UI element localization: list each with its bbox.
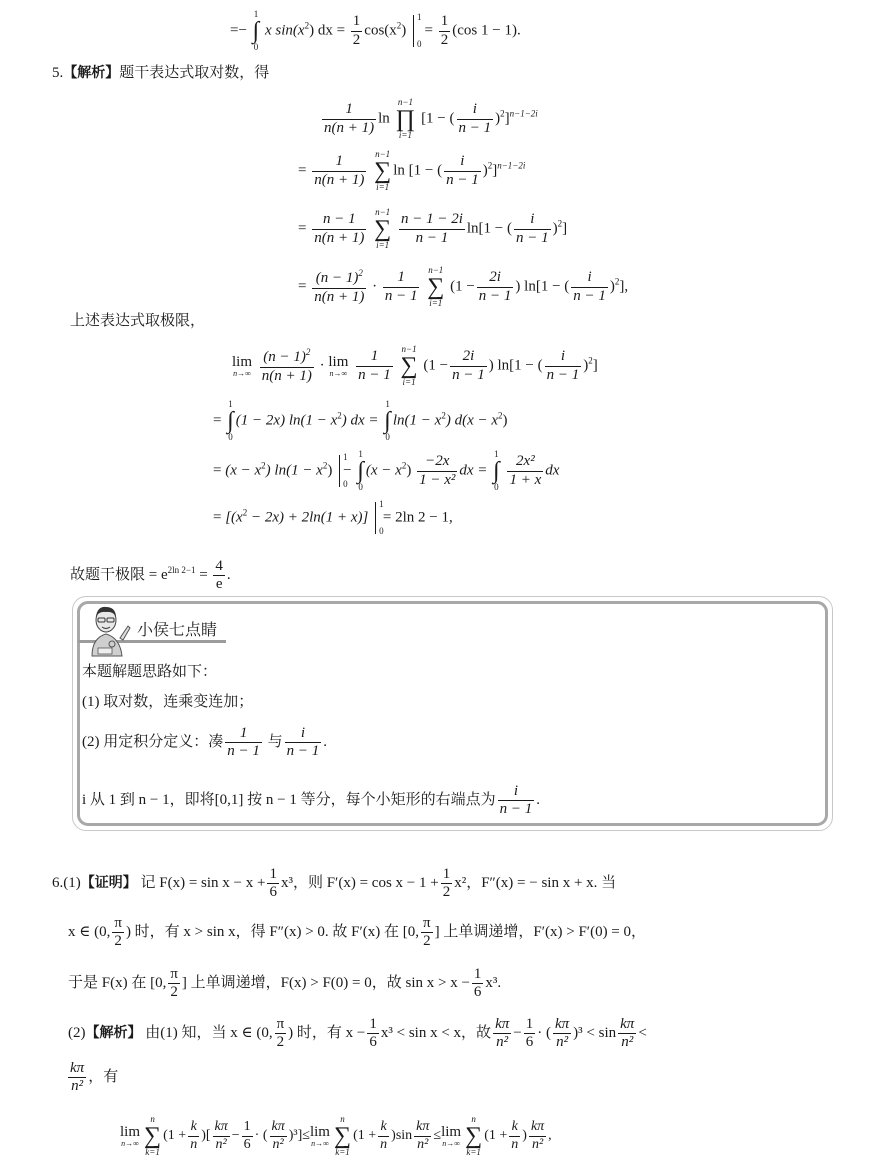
- limit-operator: limn→∞: [120, 1125, 140, 1148]
- integral-sign: 1∫0: [253, 10, 260, 52]
- text: 记 F(x) = sin x − x +: [141, 875, 266, 891]
- product-operator: n−1∏i=1: [396, 98, 416, 140]
- equals: =: [213, 412, 221, 428]
- fraction: in − 1: [285, 725, 322, 761]
- cos-part: cos(x: [364, 22, 397, 38]
- comma: ,: [548, 1128, 552, 1143]
- inverse-fraction: 1n − 1: [356, 348, 393, 384]
- text: ) 时，有 x −: [288, 1025, 365, 1041]
- power-exponent: n−1−2i: [510, 108, 538, 118]
- ln-bracket: ln[1 − (: [467, 220, 512, 236]
- integrand: (1 − 2x) ln(1 − x: [236, 412, 337, 428]
- ratio-fraction: in − 1: [545, 348, 582, 384]
- paren-open: (1 +: [484, 1128, 507, 1143]
- coefficient-fraction: n − 1n(n + 1): [312, 211, 366, 247]
- result-fraction: 4e: [213, 558, 225, 594]
- q6-part1-line-3: 于是 F(x) 在 [0,π2] 上单调递增，F(x) > F(0) = 0，故…: [68, 966, 501, 1002]
- limit-line-2: = 1∫0(1 − 2x) ln(1 − x2) dx = 1∫0ln(1 − …: [213, 400, 508, 442]
- limit-operator: limn→∞: [441, 1125, 461, 1148]
- text: 于是 F(x) 在 [0,: [68, 975, 166, 991]
- q6-part2-line-1: (2)【解析】 由(1) 知，当 x ∈ (0,π2) 时，有 x −16x³ …: [68, 1016, 647, 1052]
- bracket-open: [1 − (: [421, 110, 454, 126]
- text: 由(1) 知，当 x ∈ (0,: [145, 1025, 272, 1041]
- analysis-tag: 【解析】: [63, 65, 119, 81]
- ratio-fraction: in − 1: [457, 101, 494, 137]
- text: ] 上单调递增，F(x) > F(0) = 0，故 sin x > x −: [182, 975, 470, 991]
- conclusion-line: 故题干极限 = e2ln 2−1 = 4e.: [70, 558, 231, 594]
- equation-step-3: = n − 1n(n + 1) n−1∑i=1 n − 1 − 2in − 1l…: [298, 208, 567, 250]
- ratio-fraction: in − 1: [514, 211, 551, 247]
- limit-intro: 上述表达式取极限，: [70, 314, 205, 329]
- fraction: kn: [188, 1119, 199, 1152]
- inverse-fraction: 1n − 1: [383, 269, 420, 305]
- text: x³ < sin x < x，故: [381, 1025, 491, 1041]
- tip-intro: 本题解题思路如下：: [82, 665, 217, 680]
- integral-sign: 1∫0: [493, 450, 500, 492]
- result: = 2ln 2 − 1,: [383, 509, 453, 525]
- proof-tag: 【证明】: [81, 875, 137, 891]
- fraction: 16: [524, 1016, 536, 1052]
- dx-equals: dx =: [459, 462, 487, 478]
- fraction: kπn²: [213, 1119, 230, 1152]
- integrand-fraction: 2x²1 + x: [507, 453, 543, 489]
- equals: =: [199, 567, 207, 583]
- tip-intro-text: 本题解题思路如下：: [82, 664, 217, 680]
- paren-close: ): [327, 462, 332, 478]
- fraction: kπn²: [553, 1016, 571, 1052]
- fraction: kπn²: [270, 1119, 287, 1152]
- paren-close: ): [406, 462, 411, 478]
- paren-close: ): [503, 412, 508, 428]
- less-than: <: [638, 1025, 646, 1041]
- integral-sign: 1∫0: [357, 450, 364, 492]
- bracket-open: [1 − (: [409, 162, 442, 178]
- question-number: 5.: [52, 65, 63, 81]
- analysis-tag: 【解析】: [86, 1025, 142, 1041]
- limit-line-3: = (x − x2) ln(1 − x2) 10− 1∫0(x − x2) −2…: [213, 450, 559, 492]
- less-equal: ≤: [433, 1128, 441, 1143]
- fraction: in − 1: [498, 783, 535, 819]
- fraction: π2: [112, 915, 124, 951]
- bracket-close: )³]: [289, 1128, 303, 1143]
- ln-bracket: ) ln[1 − (: [489, 357, 543, 373]
- bracket-close: ]: [562, 220, 567, 236]
- minus: −: [513, 1025, 521, 1041]
- question-5-heading: 5.【解析】题干表达式取对数，得: [52, 66, 269, 81]
- equals-minus: =−: [230, 22, 247, 38]
- equation-step-1: 1n(n + 1)ln n−1∏i=1 [1 − (in − 1)2]n−1−2…: [320, 98, 538, 140]
- dx: dx: [545, 462, 559, 478]
- text: x²，F″(x) = − sin x + x. 当: [454, 875, 616, 891]
- limit-operator: limn→∞: [232, 355, 252, 378]
- paren-close: ): [522, 1128, 527, 1143]
- limit-operator: limn→∞: [328, 355, 348, 378]
- ratio-fraction: in − 1: [444, 153, 481, 189]
- integral-sign: 1∫0: [227, 400, 234, 442]
- ln-bracket: ) ln[1 − (: [515, 278, 569, 294]
- tip-item-3: i 从 1 到 n − 1，即将[0,1] 按 n − 1 等分，每个小矩形的右…: [82, 783, 540, 819]
- dot: ·: [372, 278, 377, 294]
- period: .: [536, 792, 540, 808]
- paren-open: (1 −: [450, 278, 475, 294]
- bracket-close: ]: [593, 357, 598, 373]
- q6-part1-line-1: 6.(1)【证明】 记 F(x) = sin x − x +16x³，则 F′(…: [52, 866, 616, 902]
- fraction: π2: [275, 1016, 287, 1052]
- equation-step-4: = (n − 1)2n(n + 1) · 1n − 1 n−1∑i=1 (1 −…: [298, 266, 628, 308]
- fraction: π2: [168, 966, 180, 1002]
- text: ] 上单调递增，F′(x) > F′(0) = 0，: [435, 924, 646, 940]
- term: (x − x: [366, 462, 402, 478]
- weight-fraction: 2in − 1: [450, 348, 487, 384]
- intro-text: 题干表达式取对数，得: [119, 65, 269, 81]
- integrand-tail: ) dx =: [342, 412, 379, 428]
- text: x³，则 F′(x) = cos x − 1 +: [281, 875, 439, 891]
- question-number: 6.: [52, 875, 63, 891]
- and: 与: [268, 734, 283, 750]
- paren-open: (1 −: [423, 357, 448, 373]
- fraction: π2: [421, 915, 433, 951]
- tip-item-2: (2) 用定积分定义：凑1n − 1 与in − 1.: [82, 725, 327, 761]
- fraction: kn: [509, 1119, 520, 1152]
- limit-fraction: (n − 1)2n(n + 1): [260, 347, 314, 385]
- bracket-close: ],: [619, 278, 628, 294]
- tip-item-2-text: (2) 用定积分定义：凑: [82, 734, 223, 750]
- fraction-half: 12: [351, 13, 363, 49]
- dot: ·: [320, 357, 325, 373]
- weight-fraction: n − 1 − 2in − 1: [399, 211, 465, 247]
- sum-operator: n−1∑i=1: [427, 266, 444, 308]
- ln: ln: [378, 110, 390, 126]
- period: .: [227, 567, 231, 583]
- paren-open: (1 +: [163, 1128, 186, 1143]
- limit-line-1: limn→∞ (n − 1)2n(n + 1) · limn→∞ 1n − 1 …: [232, 345, 598, 387]
- integrand-tail: ) dx =: [309, 22, 345, 38]
- power-exponent: n−1−2i: [497, 160, 525, 170]
- coefficient-fraction: (n − 1)2n(n + 1): [312, 268, 366, 306]
- fraction: 12: [441, 866, 453, 902]
- sum-operator: n−1∑i=1: [401, 345, 418, 387]
- limit-inequality-line: limn→∞n∑k=1(1 +kn)[kπn²−16· (kπn²)³]≤lim…: [120, 1115, 552, 1157]
- term: (x − x: [225, 462, 261, 478]
- integrand: ln(1 − x: [393, 412, 441, 428]
- part-label: (2): [68, 1025, 86, 1041]
- sum-operator: n∑k=1: [144, 1115, 161, 1157]
- period: .: [323, 734, 327, 750]
- dot: · (: [537, 1025, 551, 1041]
- fraction: kπn²: [414, 1119, 431, 1152]
- evaluation-bar: 10: [339, 455, 340, 487]
- minus: −: [343, 462, 351, 478]
- less-equal: ≤: [302, 1128, 310, 1143]
- bracket-open: [: [206, 1128, 211, 1143]
- sum-operator: n−1∑i=1: [374, 150, 391, 192]
- fraction: 16: [472, 966, 484, 1002]
- part-label: (1): [63, 875, 81, 891]
- equals: =: [298, 162, 306, 178]
- exponent: 2ln 2−1: [168, 565, 196, 575]
- tip-item-1: (1) 取对数，连乘变连加；: [82, 695, 253, 710]
- equals: =: [213, 509, 221, 525]
- term: ) ln(1 − x: [266, 462, 323, 478]
- equals: =: [213, 462, 221, 478]
- integrand: x sin(x: [265, 22, 305, 38]
- fraction-half: 12: [439, 13, 451, 49]
- tip-item-3-text: i 从 1 到 n − 1，即将[0,1] 按 n − 1 等分，每个小矩形的右…: [82, 792, 496, 808]
- text: ) 时，有 x > sin x，得 F″(x) > 0. 故 F′(x) 在 […: [126, 924, 419, 940]
- differential: ) d(x − x: [446, 412, 498, 428]
- tip-title: 小侯七点睛: [137, 617, 217, 640]
- limit-operator: limn→∞: [310, 1125, 330, 1148]
- fraction: kπn²: [618, 1016, 636, 1052]
- ln: ln: [393, 162, 405, 178]
- fraction: 16: [367, 1016, 379, 1052]
- antiderivative: [(x: [225, 509, 243, 525]
- tip-item-1-text: (1) 取对数，连乘变连加；: [82, 694, 253, 710]
- coefficient-fraction: 1n(n + 1): [312, 153, 366, 189]
- text: ，有: [88, 1069, 118, 1085]
- sin: sin: [396, 1128, 412, 1143]
- fraction: 1n − 1: [225, 725, 262, 761]
- text: x ∈ (0,: [68, 924, 110, 940]
- coefficient-fraction: 1n(n + 1): [322, 101, 376, 137]
- q6-part1-line-2: x ∈ (0,π2) 时，有 x > sin x，得 F″(x) > 0. 故 …: [68, 915, 646, 951]
- fraction: 16: [242, 1119, 253, 1152]
- antiderivative-tail: − 2x) + 2ln(1 + x)]: [247, 509, 368, 525]
- q6-part2-line-2: kπn²，有: [66, 1060, 118, 1096]
- text: )³ < sin: [573, 1025, 616, 1041]
- equation-step-2: = 1n(n + 1) n−1∑i=1ln [1 − (in − 1)2]n−1…: [298, 150, 525, 192]
- sum-operator: n−1∑i=1: [374, 208, 391, 250]
- equals: =: [298, 278, 306, 294]
- fraction: kπn²: [529, 1119, 546, 1152]
- limit-line-4: = [(x2 − 2x) + 2ln(1 + x)] 10 = 2ln 2 − …: [213, 502, 453, 534]
- paren-open: (1 +: [353, 1128, 376, 1143]
- fraction: 16: [267, 866, 279, 902]
- sum-operator: n∑k=1: [334, 1115, 351, 1157]
- equals: =: [425, 22, 433, 38]
- equation-line-top: =− 1∫0 x sin(x2) dx = 12cos(x2) 10 = 12(…: [230, 10, 521, 52]
- sum-operator: n∑k=1: [465, 1115, 482, 1157]
- limit-intro-text: 上述表达式取极限，: [70, 313, 205, 329]
- evaluation-bar: 10: [375, 502, 376, 534]
- teacher-avatar-icon: [88, 604, 134, 658]
- fraction: kπn²: [493, 1016, 511, 1052]
- ratio-fraction: in − 1: [571, 269, 608, 305]
- weight-fraction: 2in − 1: [477, 269, 514, 305]
- equals: =: [298, 220, 306, 236]
- cos-tail: ): [401, 22, 406, 38]
- evaluation-bar: 10: [413, 15, 414, 47]
- integral-sign: 1∫0: [384, 400, 391, 442]
- text: x³.: [485, 975, 501, 991]
- conclusion-text: 故题干极限 = e: [70, 567, 168, 583]
- derivative-fraction: −2x1 − x²: [417, 453, 457, 489]
- fraction: kn: [378, 1119, 389, 1152]
- dot: · (: [255, 1128, 268, 1143]
- result: (cos 1 − 1).: [452, 22, 520, 38]
- fraction: kπn²: [68, 1060, 86, 1096]
- minus: −: [232, 1128, 240, 1143]
